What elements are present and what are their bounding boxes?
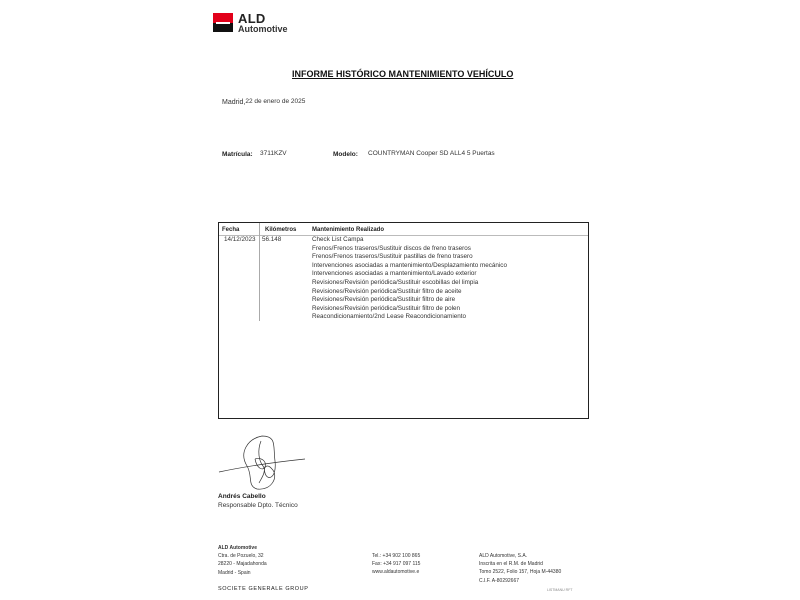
col-header-mantenimiento: Mantenimiento Realizado (312, 227, 384, 233)
maintenance-item: Frenos/Frenos traseros/Sustituir pastill… (312, 253, 507, 262)
reference-code: LISTMANU RFT (547, 588, 572, 592)
signature-image (217, 431, 307, 491)
row-kilometros: 56.148 (262, 236, 281, 243)
column-divider (259, 223, 260, 321)
footer-legal-line: C.I.F. A-80292667 (479, 577, 561, 585)
maintenance-item: Reacondicionamiento/2nd Lease Reacondici… (312, 313, 507, 322)
model-label: Modelo: (333, 151, 358, 158)
ald-logo-mark (213, 13, 233, 32)
footer-contact: Tel.: +34 902 100 865 Fax: +34 917 097 1… (372, 552, 420, 577)
footer-legal-line: Inscrita en el R.M. de Madrid (479, 560, 561, 568)
col-header-kilometros: Kilómetros (265, 227, 296, 233)
footer-fax: Fax: +34 917 097 115 (372, 560, 420, 568)
col-header-fecha: Fecha (222, 227, 239, 233)
date: 22 de enero de 2025 (245, 98, 305, 105)
footer-address-line: 28220 - Majadahonda (218, 560, 267, 568)
maintenance-item: Revisiones/Revisión periódica/Sustituir … (312, 305, 507, 314)
signer-role: Responsable Dpto. Técnico (218, 502, 298, 509)
footer-address-line: Ctra. de Pozuelo, 32 (218, 552, 267, 560)
footer-address: ALD Automotive Ctra. de Pozuelo, 32 2822… (218, 544, 267, 577)
model-value: COUNTRYMAN Cooper SD ALL4 5 Puertas (368, 150, 495, 157)
footer-web: www.aldautomotive.e (372, 568, 420, 576)
row-mantenimiento-list: Check List Campa Frenos/Frenos traseros/… (312, 236, 507, 322)
maintenance-table: Fecha Kilómetros Mantenimiento Realizado… (218, 222, 589, 419)
signer-name: Andrés Cabello (218, 493, 266, 500)
maintenance-item: Frenos/Frenos traseros/Sustituir discos … (312, 245, 507, 254)
maintenance-item: Intervenciones asociadas a mantenimiento… (312, 262, 507, 271)
logo-subbrand: Automotive (238, 24, 288, 34)
city: Madrid, (222, 99, 245, 106)
footer-tel: Tel.: +34 902 100 865 (372, 552, 420, 560)
plate-value: 3711KZV (260, 150, 287, 157)
footer-legal-line: ALD Automotive, S.A. (479, 552, 561, 560)
date-line: Madrid,22 de enero de 2025 (222, 98, 305, 105)
document-title: INFORME HISTÓRICO MANTENIMIENTO VEHÍCULO (292, 69, 513, 79)
plate-label: Matrícula: (222, 151, 253, 158)
footer-address-line: Madrid - Spain (218, 569, 267, 577)
footer-company: ALD Automotive (218, 544, 267, 552)
row-fecha: 14/12/2023 (224, 236, 256, 243)
footer-legal: ALD Automotive, S.A. Inscrita en el R.M.… (479, 552, 561, 585)
footer-legal-line: Tomo 2522, Folio 157, Hoja M-44380 (479, 568, 561, 576)
maintenance-item: Intervenciones asociadas a mantenimiento… (312, 270, 507, 279)
maintenance-item: Revisiones/Revisión periódica/Sustituir … (312, 296, 507, 305)
group-name: SOCIETE GENERALE GROUP (218, 586, 309, 592)
maintenance-item: Check List Campa (312, 236, 507, 245)
maintenance-item: Revisiones/Revisión periódica/Sustituir … (312, 288, 507, 297)
maintenance-item: Revisiones/Revisión periódica/Sustituir … (312, 279, 507, 288)
